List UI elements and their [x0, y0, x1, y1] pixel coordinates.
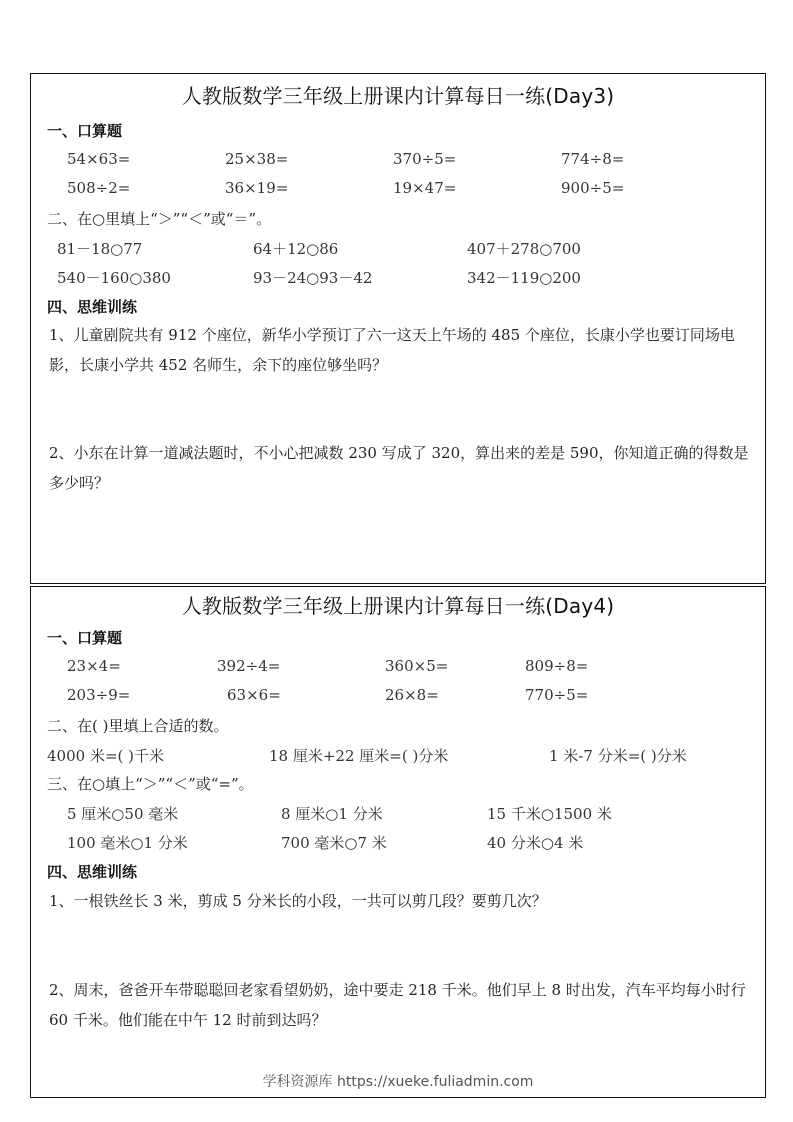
section-heading-thinking: 四、思维训练 [47, 861, 137, 882]
worksheet-title: 人教版数学三年级上册课内计算每日一练(Day3) [31, 80, 765, 109]
worksheet-title: 人教版数学三年级上册课内计算每日一练(Day4) [31, 590, 765, 619]
word-problem-1: 1、儿童剧院共有 912 个座位，新华小学预订了六一这天上午场的 485 个座位… [49, 320, 749, 380]
section-heading-mental-math: 一、口算题 [47, 627, 122, 648]
word-problem-2: 2、小东在计算一道减法题时，不小心把减数 230 写成了 320，算出来的差是 … [49, 438, 749, 498]
problem-cell: 809÷8= [525, 657, 588, 675]
problem-cell: 203÷9= [67, 686, 130, 704]
compare-cell: 8 厘米○1 分米 [281, 803, 383, 824]
word-problem-2: 2、周末，爸爸开车带聪聪回老家看望奶奶，途中要走 218 千米。他们早上 8 时… [49, 975, 749, 1035]
section-heading-fill-blank: 二、在( )里填上合适的数。 [47, 715, 228, 736]
compare-cell: 700 毫米○7 米 [281, 832, 387, 853]
problem-cell: 26×8= [385, 686, 439, 704]
compare-cell: 64＋12○86 [253, 238, 338, 259]
problem-cell: 63×6= [227, 686, 281, 704]
section-heading-mental-math: 一、口算题 [47, 120, 122, 141]
problem-cell: 36×19= [225, 179, 288, 197]
compare-cell: 81－18○77 [57, 238, 142, 259]
section-heading-compare: 三、在○填上“＞”“＜”或“=”。 [47, 773, 254, 794]
problem-cell: 370÷5= [393, 150, 456, 168]
problem-cell: 392÷4= [217, 657, 280, 675]
problem-cell: 900÷5= [561, 179, 624, 197]
compare-cell: 40 分米○4 米 [487, 832, 583, 853]
problem-cell: 54×63= [67, 150, 130, 168]
compare-cell: 407＋278○700 [467, 238, 581, 259]
problem-cell: 360×5= [385, 657, 448, 675]
problem-cell: 770÷5= [525, 686, 588, 704]
compare-cell: 93－24○93－42 [253, 267, 372, 288]
compare-cell: 342－119○200 [467, 267, 581, 288]
word-problem-1: 1、一根铁丝长 3 米，剪成 5 分米长的小段，一共可以剪几段？要剪几次？ [49, 886, 749, 916]
section-heading-compare: 二、在○里填上“＞”“＜”或“＝”。 [47, 208, 271, 229]
compare-cell: 15 千米○1500 米 [487, 803, 612, 824]
compare-cell: 540－160○380 [57, 267, 171, 288]
worksheet-day3: 人教版数学三年级上册课内计算每日一练(Day3) 一、口算题 54×63= 25… [30, 73, 766, 584]
fill-blank-cell: 4000 米=( )千米 [47, 745, 164, 766]
fill-blank-cell: 1 米-7 分米=( )分米 [549, 745, 687, 766]
problem-cell: 774÷8= [561, 150, 624, 168]
problem-cell: 23×4= [67, 657, 121, 675]
worksheet-day4: 人教版数学三年级上册课内计算每日一练(Day4) 一、口算题 23×4= 392… [30, 586, 766, 1098]
watermark-footer: 学科资源库 https://xueke.fuliadmin.com [31, 1071, 765, 1091]
section-heading-thinking: 四、思维训练 [47, 296, 137, 317]
compare-cell: 100 毫米○1 分米 [67, 832, 188, 853]
problem-cell: 19×47= [393, 179, 456, 197]
fill-blank-cell: 18 厘米+22 厘米=( )分米 [269, 745, 448, 766]
compare-cell: 5 厘米○50 毫米 [67, 803, 178, 824]
problem-cell: 508÷2= [67, 179, 130, 197]
problem-cell: 25×38= [225, 150, 288, 168]
